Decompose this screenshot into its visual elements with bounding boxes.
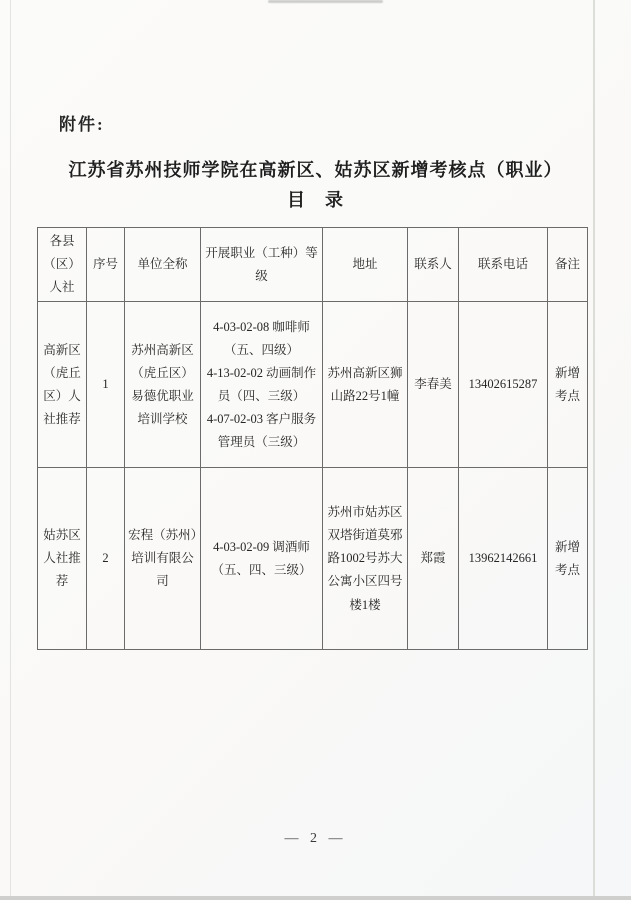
seq-cell: 1 [87, 302, 125, 468]
scanned-document-page: 附件: 江苏省苏州技师学院在高新区、姑苏区新增考核点（职业） 目 录 各县（区）… [0, 0, 631, 900]
contact-cell: 郑霞 [408, 468, 459, 650]
note-cell: 新增考点 [548, 302, 588, 468]
scan-edge-line-left [10, 0, 11, 900]
table-header-row: 各县（区）人社 序号 单位全称 开展职业（工种）等级 地址 联系人 联系电话 备… [38, 228, 588, 302]
unit-cell: 宏程（苏州）培训有限公司 [125, 468, 201, 650]
address-cell: 苏州市姑苏区双塔街道莫邪路1002号苏大公寓小区四号楼1楼 [323, 468, 408, 650]
table-row: 姑苏区人社推荐 2 宏程（苏州）培训有限公司 4-03-02-09 调酒师（五、… [38, 468, 588, 650]
district-cell: 高新区（虎丘区）人社推荐 [38, 302, 87, 468]
exam-site-catalog-table: 各县（区）人社 序号 单位全称 开展职业（工种）等级 地址 联系人 联系电话 备… [37, 227, 588, 650]
note-cell: 新增考点 [548, 468, 588, 650]
district-cell: 姑苏区人社推荐 [38, 468, 87, 650]
header-note: 备注 [548, 228, 588, 302]
occupations-cell: 4-03-02-08 咖啡师（五、四级） 4-13-02-02 动画制作员（四、… [201, 302, 323, 468]
document-title-line1: 江苏省苏州技师学院在高新区、姑苏区新增考核点（职业） [40, 155, 591, 185]
phone-cell: 13402615287 [459, 302, 548, 468]
header-occupations: 开展职业（工种）等级 [201, 228, 323, 302]
header-seq: 序号 [87, 228, 125, 302]
address-cell: 苏州高新区狮山路22号1幢 [323, 302, 408, 468]
header-address: 地址 [323, 228, 408, 302]
seq-cell: 2 [87, 468, 125, 650]
header-district: 各县（区）人社 [38, 228, 87, 302]
unit-cell: 苏州高新区（虎丘区）易德优职业培训学校 [125, 302, 201, 468]
scan-bottom-shadow [0, 896, 631, 900]
document-title: 江苏省苏州技师学院在高新区、姑苏区新增考核点（职业） 目 录 [40, 155, 591, 215]
contact-cell: 李春美 [408, 302, 459, 468]
phone-cell: 13962142661 [459, 468, 548, 650]
document-title-line2: 目 录 [40, 185, 591, 215]
header-unit: 单位全称 [125, 228, 201, 302]
header-contact: 联系人 [408, 228, 459, 302]
attachment-label: 附件: [59, 110, 105, 135]
page-number: — 2 — [0, 831, 631, 847]
scan-top-smudge [268, 0, 383, 3]
table-row: 高新区（虎丘区）人社推荐 1 苏州高新区（虎丘区）易德优职业培训学校 4-03-… [38, 302, 588, 468]
occupations-cell: 4-03-02-09 调酒师（五、四、三级） [201, 468, 323, 650]
scan-edge-line-right [593, 0, 595, 900]
header-phone: 联系电话 [459, 228, 548, 302]
